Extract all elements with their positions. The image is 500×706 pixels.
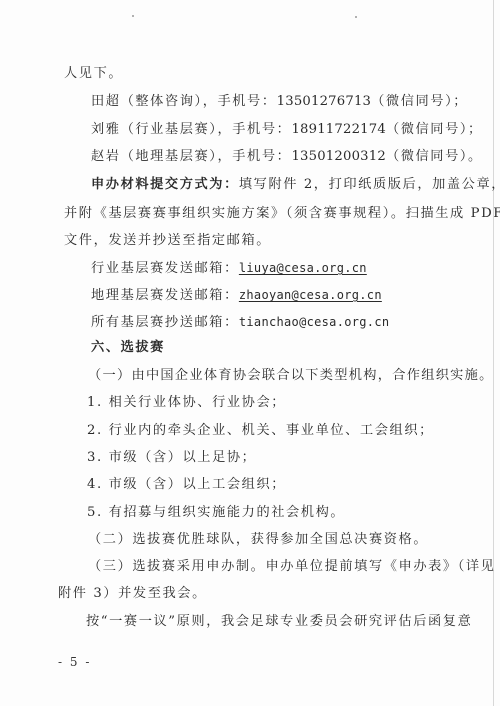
last-paragraph: 按“一赛一议”原则，我会足球专业委员会研究评估后函复意 <box>86 613 472 631</box>
contact-suffix: （微信同号）； <box>371 94 468 109</box>
section-heading: 六、选拔赛 <box>91 339 165 357</box>
email-link-liuya[interactable]: liuya@cesa.org.cn <box>239 261 367 275</box>
section-item-3-line-1: （三）选拔赛采用申办制。申办单位提前填写《申办表》（详见 <box>88 558 495 576</box>
submission-line-3: 文件，发送并抄送至指定邮箱。 <box>64 232 271 250</box>
document-page: 人见下。 田超（整体咨询），手机号：13501276713（微信同号）； 刘雅（… <box>0 0 500 706</box>
contact-phone: 13501200312 <box>291 149 386 164</box>
page-edge-line <box>493 0 494 706</box>
contact-name-role: 赵岩（地理基层赛），手机号： <box>91 149 291 164</box>
section-item-3-line-2: 附件 3）并发至我会。 <box>58 585 207 603</box>
email-line: 所有基层赛抄送邮箱：tianchao@cesa.org.cn <box>91 313 389 332</box>
email-text-tianchao: tianchao@cesa.org.cn <box>239 315 390 329</box>
contact-suffix: （微信同号）。 <box>386 149 483 164</box>
email-link-zhaoyan[interactable]: zhaoyan@cesa.org.cn <box>239 288 382 302</box>
email-line: 地理基层赛发送邮箱：zhaoyan@cesa.org.cn <box>91 286 382 305</box>
submission-line-2: 并附《基层赛赛事组织实施方案》（须含赛事规程）。扫描生成 PDF <box>64 205 500 223</box>
submission-line-1: 申办材料提交方式为：填写附件 2，打印纸质版后，加盖公章， <box>91 176 500 194</box>
email-line: 行业基层赛发送邮箱：liuya@cesa.org.cn <box>91 259 367 278</box>
contact-line: 田超（整体咨询），手机号：13501276713（微信同号）； <box>91 93 468 111</box>
contact-phone: 18911722174 <box>291 122 386 137</box>
list-item: 4. 市级（含）以上工会组织； <box>87 476 286 494</box>
submission-text: 填写附件 2，打印纸质版后，加盖公章， <box>239 177 500 192</box>
email-label: 所有基层赛抄送邮箱： <box>91 315 239 330</box>
scan-speck <box>355 16 357 18</box>
continuation-line: 人见下。 <box>64 65 123 83</box>
contact-name-role: 田超（整体咨询），手机号： <box>91 94 277 109</box>
contact-suffix: （微信同号）； <box>386 122 483 137</box>
submission-label: 申办材料提交方式为： <box>91 177 239 192</box>
contact-line: 赵岩（地理基层赛），手机号：13501200312（微信同号）。 <box>91 148 483 166</box>
page-number: - 5 - <box>58 655 91 669</box>
list-item: 5. 有招募与组织实施能力的社会机构。 <box>87 504 345 522</box>
contact-name-role: 刘雅（行业基层赛），手机号： <box>91 122 291 137</box>
contact-phone: 13501276713 <box>277 94 372 109</box>
list-item: 1. 相关行业体协、行业协会； <box>87 394 286 412</box>
contact-line: 刘雅（行业基层赛），手机号：18911722174（微信同号）； <box>91 121 483 139</box>
email-label: 地理基层赛发送邮箱： <box>91 288 239 303</box>
list-item: 3. 市级（含）以上足协； <box>87 449 256 467</box>
section-item-2: （二）选拔赛优胜球队，获得参加全国总决赛资格。 <box>88 531 428 549</box>
list-item: 2. 行业内的牵头企业、机关、事业单位、工会组织； <box>87 422 434 440</box>
email-label: 行业基层赛发送邮箱： <box>91 261 239 276</box>
scan-speck <box>132 15 134 17</box>
section-item-1: （一）由中国企业体育协会联合以下类型机构，合作组织实施。 <box>88 367 494 385</box>
